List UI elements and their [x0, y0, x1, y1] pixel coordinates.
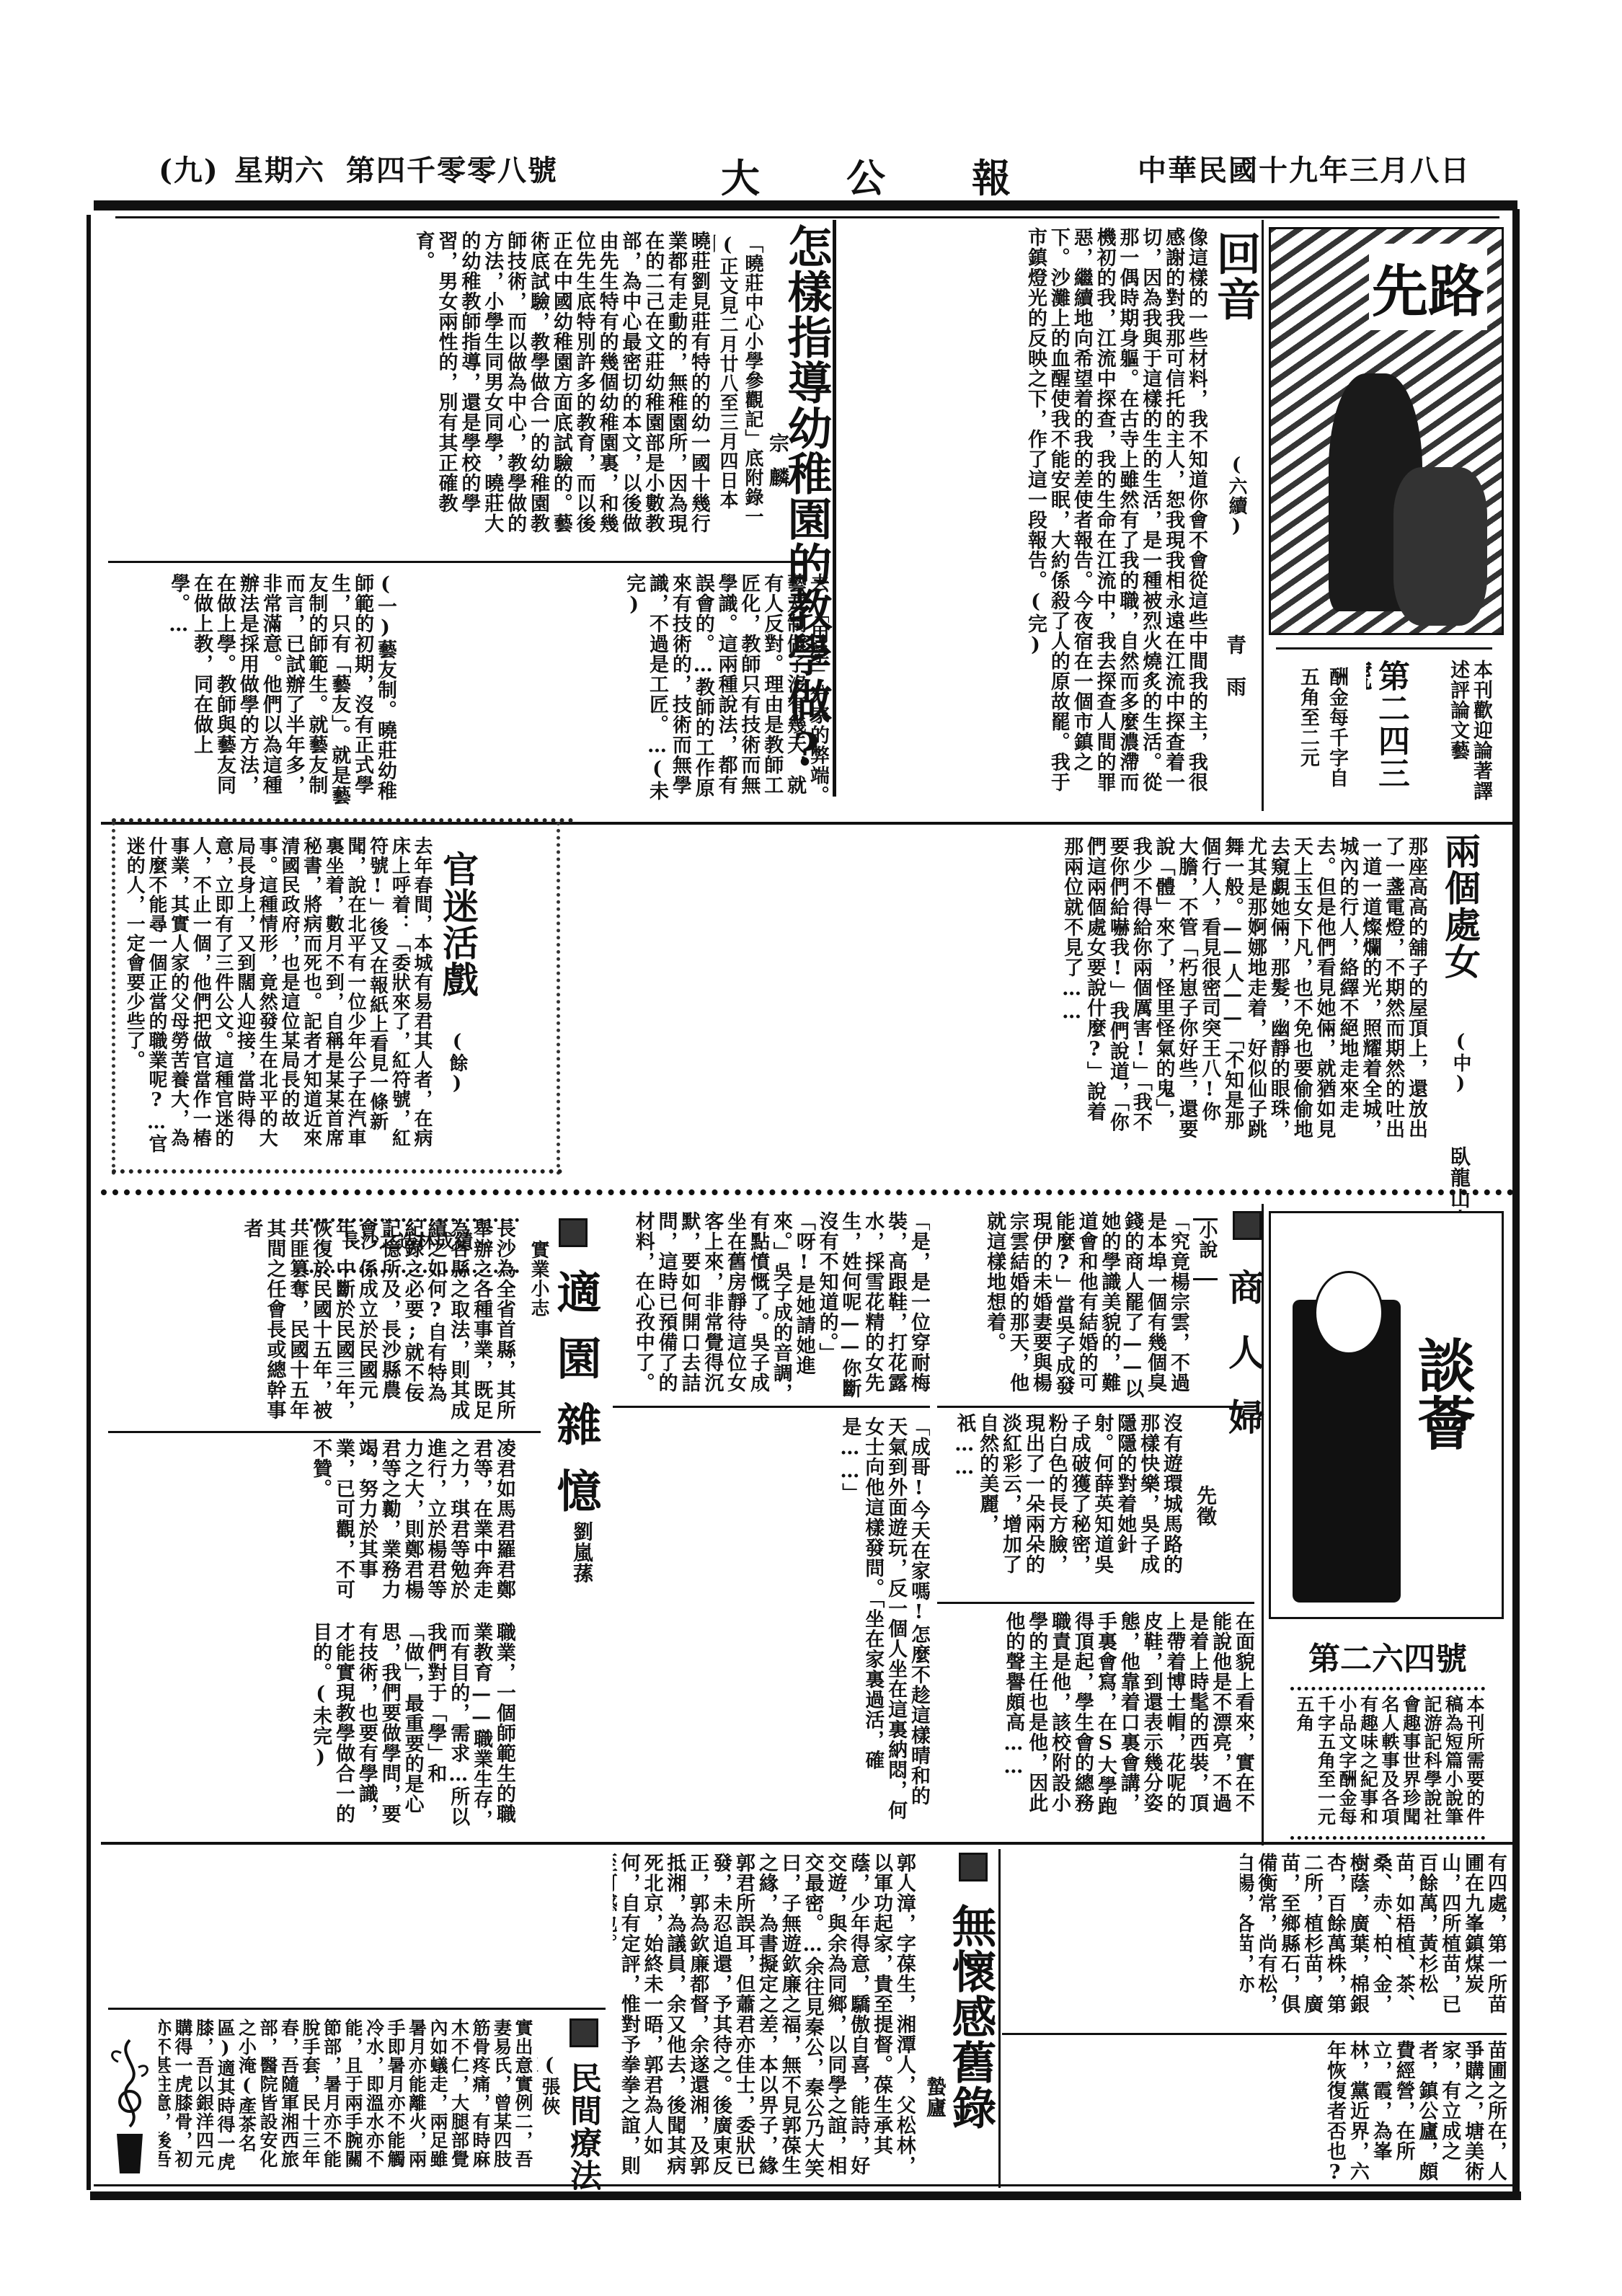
figure-head	[1314, 1271, 1383, 1355]
wuhuai-title: 無懷感舊錄	[948, 1903, 997, 2191]
decorative-divider	[101, 1189, 1514, 1202]
payment-notice: 酬金每千字自	[1319, 667, 1348, 804]
decorative-dotted-border	[557, 822, 564, 1175]
column-issue-number: 第二四三號	[1366, 660, 1409, 804]
two-virgins-title: 兩個處女	[1435, 833, 1481, 1013]
square-bullet-icon	[570, 2018, 598, 2047]
genre-label: 小說	[1193, 1218, 1218, 1280]
divider	[1262, 220, 1264, 811]
tanhui-issue-number: 第二六四號	[1283, 1633, 1492, 1676]
divider	[108, 561, 829, 563]
shiyuan-body-1: 長沙為全省首縣，其所舉辦之各種事業，既足為各縣之取法，則其成績之如何?自有特為紀…	[112, 1218, 515, 1420]
weekday: 星期六	[234, 148, 325, 189]
newspaper-page: (九) 星期六 第四千零零八號 大公報 中華民國十九年三月八日 先路 本刊歡迎論…	[0, 0, 1622, 2296]
article-marker	[570, 2018, 598, 2050]
wuhuai-author: 蟄廬	[923, 2076, 947, 2155]
huiyin-title: 回音	[1211, 231, 1262, 418]
shiyuan-body-3: 「成哥!今天在家嗎!怎麼不趁這樣晴和的天氣到外面遊玩，反一個人坐在這裏納悶，何女…	[613, 1417, 930, 1820]
official-fan-title: 官迷活戲	[436, 851, 479, 1009]
divider	[833, 220, 836, 797]
tanhui-title: 談薈	[1401, 1336, 1484, 1451]
merchant-wife-author: 先徵	[1193, 1485, 1218, 1550]
masthead: (九) 星期六 第四千零零八號 大公報 中華民國十九年三月八日	[159, 148, 1471, 191]
divider	[1276, 647, 1492, 650]
folk-remedy-title: 民間療法	[562, 2062, 601, 2199]
two-virgins-body: 那座高高的舖子的屋頂上，還放出了一盞電燈，不期然而期然的吐出一道一道燦爛的光，照…	[570, 836, 1427, 1139]
article-marker	[1233, 1211, 1262, 1243]
publication-date: 中華民國十九年三月八日	[1138, 148, 1471, 189]
issue-number: 第四千零零八號	[346, 148, 558, 189]
merchant-wife-body-1: 「究竟楊宗雲，不過是本埠一個有幾個臭錢的商人罷了——以她的學識美貌的，難道會和他…	[944, 1211, 1189, 1406]
divider	[937, 1406, 1254, 1408]
submission-notice: 本刊歡迎論著譯述評論文藝	[1427, 660, 1492, 804]
divider	[108, 1431, 541, 1433]
official-fan-body: 去年春間，本城有易君其人者，在病床上呼着：「委狀來了，紅符號，紅符號!」後又在報…	[123, 836, 433, 1153]
page-frame-left	[87, 215, 91, 2190]
educational-misc-body: 職業，一個師範生的職業教育——職業生存，而有目的，需求…所以我們對于「學」和「做…	[112, 1622, 515, 1838]
square-bullet-icon	[559, 1218, 588, 1247]
section-divider	[101, 1842, 1514, 1845]
kindergarten-author: 宗麟	[764, 433, 790, 519]
header-rule-thin	[115, 216, 1499, 218]
shiyuan-body-2: 凌君如馬君羅君鄭君等，在業中奔走之力，琪君等勉於進行，立於楊君等力之大，則鄭君楊…	[112, 1438, 515, 1611]
huiyin-author: 青雨	[1218, 634, 1247, 721]
decorative-dotted-border	[112, 818, 573, 830]
merchant-wife-body-3: 在面貌上看來，實在不能說他是不漂亮，不過是着上時髦的西裝，頂上帶着博士帽，花呢的…	[937, 1611, 1254, 1827]
xianlu-illustration: 先路	[1269, 227, 1504, 635]
folk-remedy-body: 實出意實例二，吾妻易氏，曾某四肢筋骨疼痛，有時麻木不仁，大腿部覺內如蟻走，兩足雖…	[159, 2018, 533, 2184]
header-rule	[94, 200, 1517, 210]
footer-rule-thin	[94, 2184, 1517, 2186]
kindergarten-body-3: 去，「用學」分家的弊端。藝友制做了沒有幾天，就有人反對。理由是教師工匠化，教師只…	[404, 573, 829, 811]
page-number: (九)	[159, 148, 219, 189]
huiyin-body: 像這樣的一些材料，我不知道你會不會從這些中間我的主，我很感謝的對我那可信托的主人…	[843, 227, 1207, 797]
floral-vase-icon	[108, 2033, 151, 2177]
kindergarten-body-2: (一)藝友制。曉莊幼稚師範的初期，沒有正式學生，只有「藝友」。就是藝友制的師範生…	[108, 573, 396, 811]
newspaper-title: 大公報	[721, 148, 1097, 203]
divider	[1002, 2033, 1507, 2035]
merchant-wife-body-2: 沒有遊環城馬路的那樣快樂，吳子成隱隱的對着她針射。何薛英知道吳子成破獲了秘密，粉…	[937, 1413, 1182, 1593]
merchant-wife-body-4: 「是，是一位穿耐梅裝，高跟鞋，打花露水，採雪花精的女先生，姓何呢——你斷沒有不知…	[613, 1211, 930, 1406]
folk-remedy-author: (張俠東)	[537, 2055, 560, 2134]
merchant-wife-title: 商人婦	[1222, 1269, 1265, 1528]
two-virgins-part: (中)	[1445, 1031, 1471, 1110]
horse-figure	[1393, 467, 1487, 626]
kindergarten-subtitle-2: (正文見二月廿八至三月四日本刊)	[714, 234, 738, 537]
shiyuan-author: 劉嵐蓀	[570, 1521, 594, 1622]
huiyin-part: (六續)	[1218, 454, 1247, 569]
shiyuan-sub-label: 實業小志	[526, 1240, 549, 1399]
article-marker	[559, 1218, 588, 1250]
square-bullet-icon	[1233, 1211, 1262, 1240]
square-bullet-icon	[959, 1853, 988, 1881]
footer-rule-thick	[90, 2191, 1521, 2200]
decorative-dotted-border	[112, 1169, 562, 1181]
kindergarten-subtitle-1: 「曉莊中心小學參觀記」底附錄一	[739, 234, 763, 537]
decorative-dotted-border	[112, 822, 120, 1175]
forestry-body-2: 苗圃之所在，人爭購之，塘美術家，有立成之者，鎮公廬，頗費經營，在所立，霞，為峯林…	[1002, 2040, 1507, 2184]
kindergarten-body-1: 曉莊劉見莊有特的的幼一國十幾行業都有走動的，無稚園所，因為現在的二己在文莊幼稚園…	[108, 231, 710, 548]
official-fan-part: (餘)	[443, 1031, 468, 1096]
tanhui-submission-notice: 本刊所需要的件稿為短篇小說筆記游記科學說社會趣事世界珍聞名人軼事及各項有趣味之紀…	[1290, 1687, 1485, 1840]
wuhuai-body: 郭人漳，字葆生，湘潭人，父松林，以軍功起家，貴至提督。葆生承其蔭，少年得意，驕傲…	[613, 1853, 916, 2184]
divider	[998, 1849, 1001, 2188]
article-marker	[959, 1853, 988, 1884]
xianlu-title: 先路	[1369, 244, 1487, 330]
divider	[613, 1406, 930, 1408]
tanhui-illustration: 談薈	[1269, 1211, 1504, 1619]
forestry-body-1: 有四處，第一所苗圃在九峯鎮煤炭山，四所植苗，已百餘萬，黃杉松苗，如梧植、茶、桑、…	[1240, 1853, 1507, 2026]
divider	[937, 1602, 1254, 1604]
divider	[108, 2008, 606, 2010]
payment-rate: 五角至二元	[1290, 667, 1319, 804]
